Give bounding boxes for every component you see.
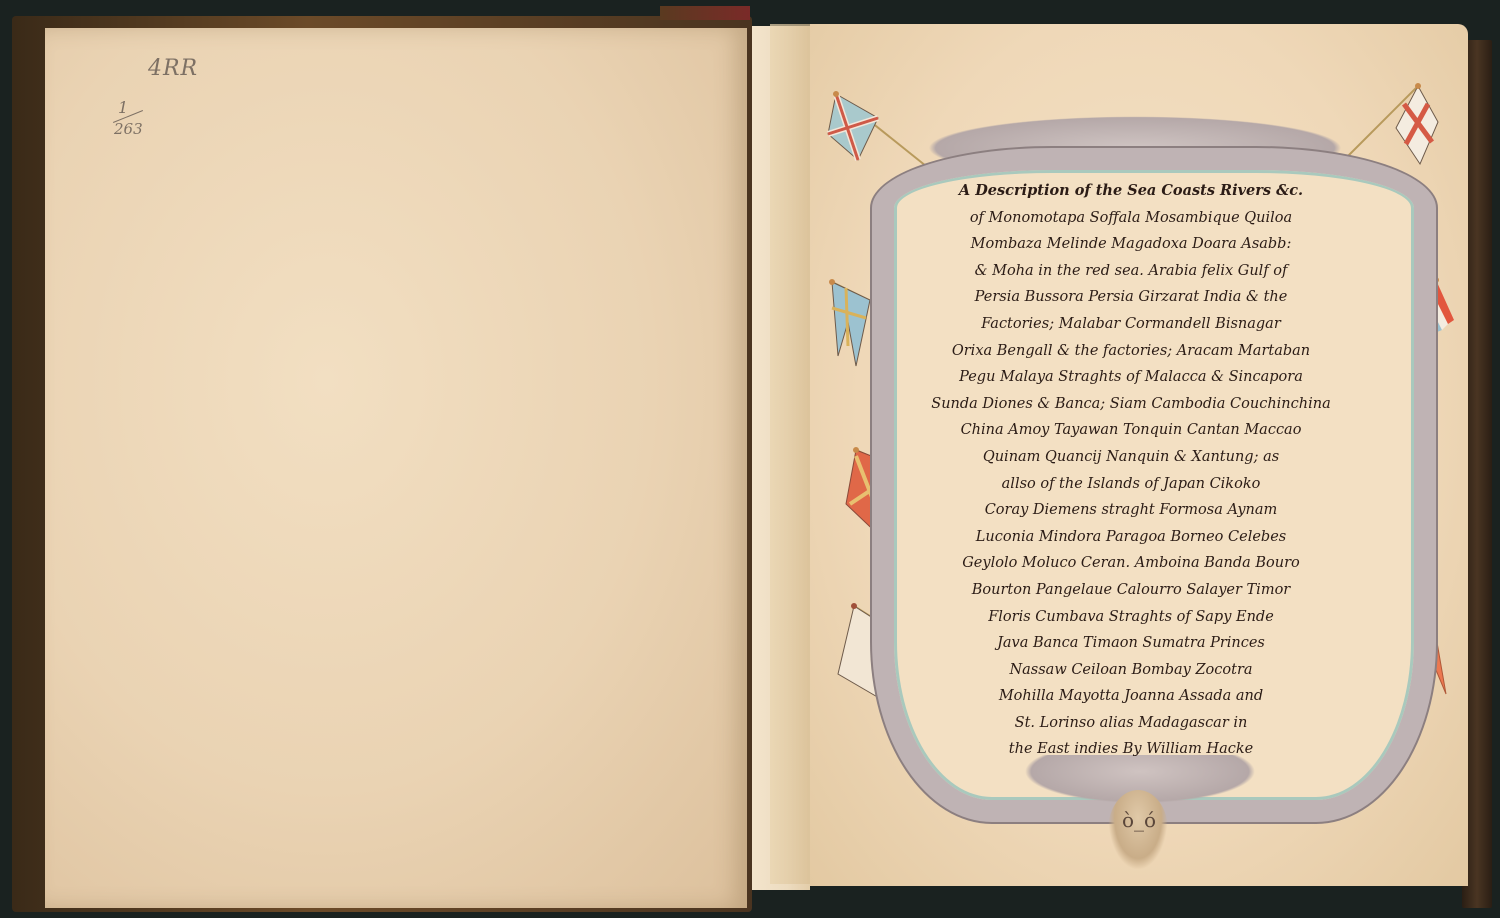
title-line: Coray Diemens straght Formosa Aynam — [900, 497, 1362, 524]
title-line: & Moha in the red sea. Arabia felix Gulf… — [900, 258, 1362, 285]
title-line: Sunda Diones & Banca; Siam Cambodia Couc… — [900, 391, 1362, 418]
book-spine-top — [660, 6, 750, 20]
title-line: A Description of the Sea Coasts Rivers &… — [900, 178, 1362, 205]
title-line: St. Lorinso alias Madagascar in — [900, 710, 1362, 737]
title-line: Orixa Bengall & the factories; Aracam Ma… — [900, 338, 1362, 365]
title-line: of Monomotapa Soffala Mosambique Quiloa — [900, 205, 1362, 232]
title-line: Bourton Pangelaue Calourro Salayer Timor — [900, 577, 1362, 604]
title-text-block: A Description of the Sea Coasts Rivers &… — [900, 178, 1362, 763]
guard-stub-shadow — [770, 24, 810, 884]
number-annotation-top: 1 — [118, 98, 128, 117]
title-line: Luconia Mindora Paragoa Borneo Celebes — [900, 524, 1362, 551]
left-page-flyleaf — [45, 28, 747, 908]
title-line: Quinam Quancij Nanquin & Xantung; as — [900, 444, 1362, 471]
number-annotation-bottom: 263 — [114, 120, 143, 138]
title-line: Nassaw Ceiloan Bombay Zocotra — [900, 657, 1362, 684]
title-line: Java Banca Timaon Sumatra Princes — [900, 630, 1362, 657]
title-line: the East indies By William Hacke — [900, 736, 1362, 763]
title-line: Floris Cumbava Straghts of Sapy Ende — [900, 604, 1362, 631]
mask-face-glyph: ò_ó — [1122, 808, 1156, 832]
title-line: Mombaza Melinde Magadoxa Doara Asabb: — [900, 231, 1362, 258]
title-line: China Amoy Tayawan Tonquin Cantan Maccao — [900, 417, 1362, 444]
title-line: Mohilla Mayotta Joanna Assada and — [900, 683, 1362, 710]
title-line: Pegu Malaya Straghts of Malacca & Sincap… — [900, 364, 1362, 391]
title-line: Persia Bussora Persia Girzarat India & t… — [900, 284, 1362, 311]
title-line: Geylolo Moluco Ceran. Amboina Banda Bour… — [900, 550, 1362, 577]
shelfmark-annotation: 4RR — [148, 56, 198, 81]
title-line: Factories; Malabar Cormandell Bisnagar — [900, 311, 1362, 338]
title-line: allso of the Islands of Japan Cikoko — [900, 471, 1362, 498]
